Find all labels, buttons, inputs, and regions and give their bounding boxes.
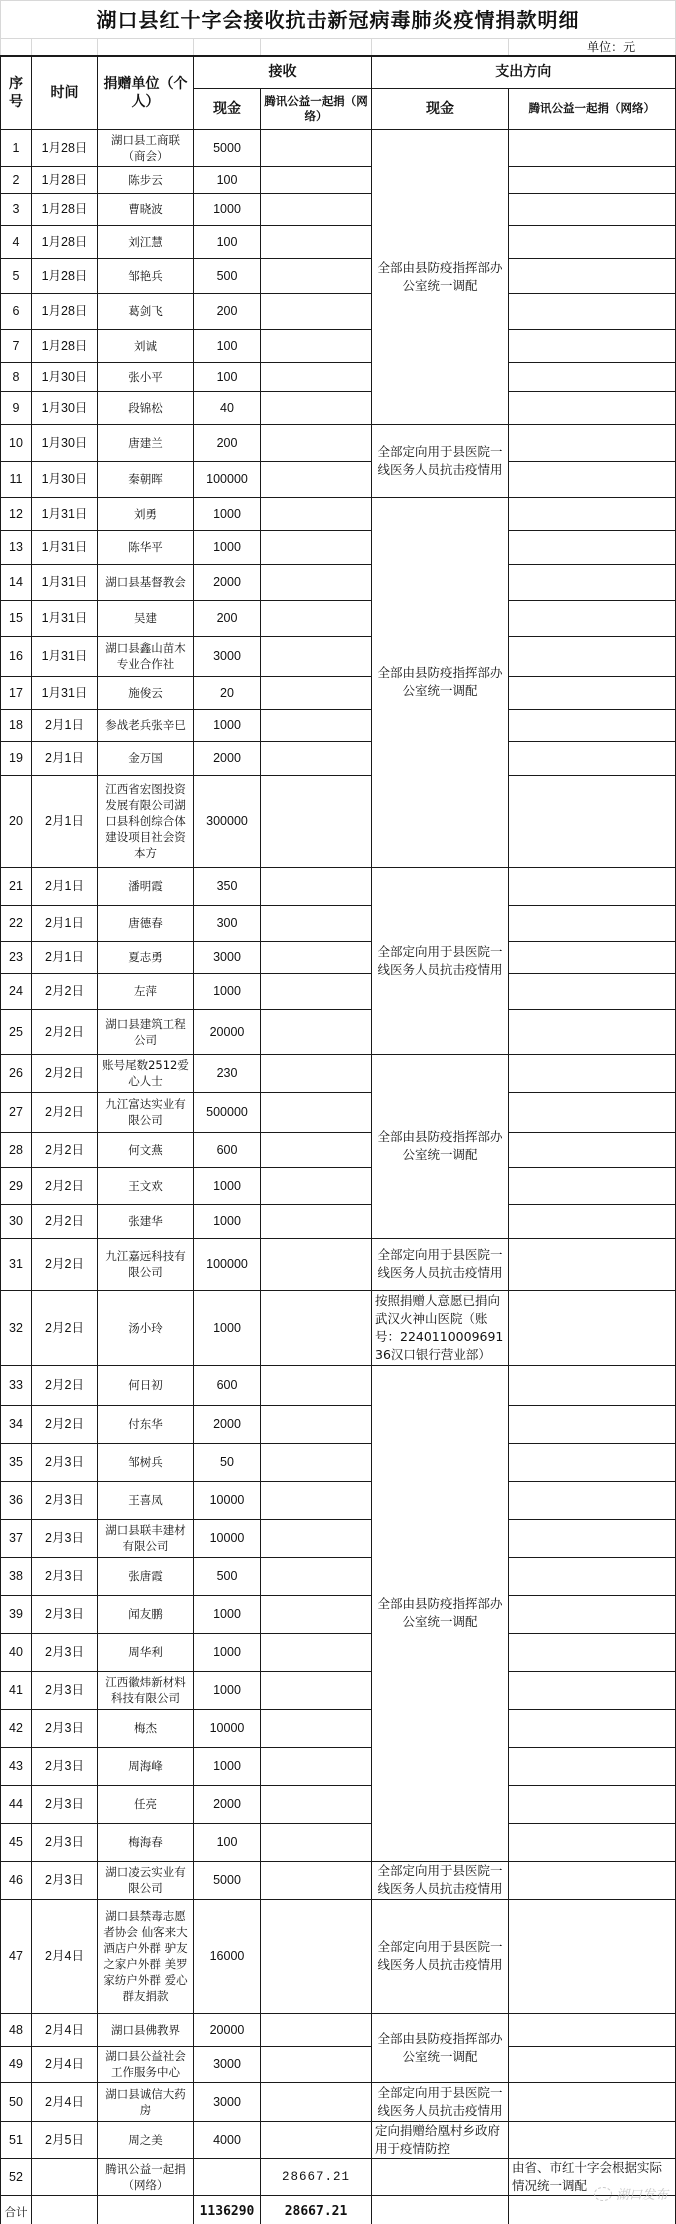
row-cash: 2000 xyxy=(194,741,261,775)
row-seq: 1 xyxy=(1,129,32,166)
spend-online-direction xyxy=(509,1747,676,1785)
row-time: 2月4日 xyxy=(32,1899,98,2013)
row-donor: 湖口县工商联（商会） xyxy=(98,129,194,166)
row-online xyxy=(261,461,372,497)
row-online xyxy=(261,973,372,1009)
spend-online-direction xyxy=(509,2013,676,2046)
row-donor: 曹晓波 xyxy=(98,193,194,225)
row-donor: 江西省宏图投资发展有限公司湖口县科创综合体建设项目社会资本方 xyxy=(98,775,194,867)
row-cash: 1000 xyxy=(194,709,261,741)
table-row: 71月28日刘诚100 xyxy=(1,329,676,362)
row-cash: 1000 xyxy=(194,1595,261,1633)
header-seq: 序号 xyxy=(1,56,32,129)
row-online xyxy=(261,1009,372,1054)
row-time: 2月3日 xyxy=(32,1785,98,1823)
table-row: 422月3日梅杰10000 xyxy=(1,1709,676,1747)
spend-online-direction xyxy=(509,905,676,941)
row-cash: 3000 xyxy=(194,636,261,676)
wechat-icon xyxy=(594,2187,612,2201)
row-cash: 16000 xyxy=(194,1899,261,2013)
row-donor: 付东华 xyxy=(98,1405,194,1443)
row-time: 1月28日 xyxy=(32,225,98,258)
table-row: 322月2日汤小玲1000按照捐赠人意愿已捐向武汉火神山医院（账号：224011… xyxy=(1,1290,676,1365)
row-seq: 50 xyxy=(1,2082,32,2121)
row-seq: 37 xyxy=(1,1519,32,1557)
row-online xyxy=(261,1405,372,1443)
row-cash: 1000 xyxy=(194,1633,261,1671)
spend-online-direction xyxy=(509,362,676,391)
row-seq: 6 xyxy=(1,293,32,329)
row-time: 1月28日 xyxy=(32,166,98,193)
row-online xyxy=(261,741,372,775)
spend-cash-direction: 全部定向用于县医院一线医务人员抗击疫情用 xyxy=(372,1238,509,1290)
row-online xyxy=(261,329,372,362)
row-online xyxy=(261,1861,372,1899)
row-time: 2月3日 xyxy=(32,1633,98,1671)
row-cash: 5000 xyxy=(194,129,261,166)
row-donor: 湖口县佛教界 xyxy=(98,2013,194,2046)
total-empty xyxy=(372,2195,509,2224)
row-online xyxy=(261,941,372,973)
table-row: 61月28日葛剑飞200 xyxy=(1,293,676,329)
row-time: 1月28日 xyxy=(32,193,98,225)
row-donor: 何日初 xyxy=(98,1365,194,1405)
row-online xyxy=(261,293,372,329)
page-title: 湖口县红十字会接收抗击新冠病毒肺炎疫情捐款明细 xyxy=(1,1,676,39)
row-donor: 王文欢 xyxy=(98,1167,194,1204)
row-seq: 46 xyxy=(1,1861,32,1899)
table-row: 121月31日刘勇1000全部由县防疫指挥部办公室统一调配 xyxy=(1,497,676,530)
row-cash: 100000 xyxy=(194,1238,261,1290)
header-receive-online: 腾讯公益一起捐（网络） xyxy=(261,88,372,129)
row-seq: 44 xyxy=(1,1785,32,1823)
row-time: 2月4日 xyxy=(32,2013,98,2046)
row-seq: 16 xyxy=(1,636,32,676)
row-online xyxy=(261,1365,372,1405)
row-seq: 2 xyxy=(1,166,32,193)
spend-online-direction xyxy=(509,193,676,225)
row-cash: 20 xyxy=(194,676,261,709)
row-donor: 梅海春 xyxy=(98,1823,194,1861)
row-online xyxy=(261,676,372,709)
table-row: 161月31日湖口县鑫山苗木专业合作社3000 xyxy=(1,636,676,676)
row-donor: 湖口县联丰建材有限公司 xyxy=(98,1519,194,1557)
spend-online-direction xyxy=(509,2121,676,2158)
row-seq: 49 xyxy=(1,2046,32,2082)
table-row: 432月3日周海峰1000 xyxy=(1,1747,676,1785)
spend-online-direction xyxy=(509,973,676,1009)
row-donor: 湖口凌云实业有限公司 xyxy=(98,1861,194,1899)
row-donor: 湖口县禁毒志愿者协会 仙客来大酒店户外群 驴友之家户外群 美罗家纺户外群 爱心群… xyxy=(98,1899,194,2013)
row-seq: 17 xyxy=(1,676,32,709)
spend-online-direction xyxy=(509,2082,676,2121)
spend-online-direction xyxy=(509,741,676,775)
table-row: 232月1日夏志勇3000 xyxy=(1,941,676,973)
row-donor: 九江嘉远科技有限公司 xyxy=(98,1238,194,1290)
row-seq: 35 xyxy=(1,1443,32,1481)
row-time: 1月28日 xyxy=(32,329,98,362)
row-cash: 300 xyxy=(194,905,261,941)
table-row: 41月28日刘江慧100 xyxy=(1,225,676,258)
table-row: 141月31日湖口县基督教会2000 xyxy=(1,564,676,600)
row-seq: 38 xyxy=(1,1557,32,1595)
spend-online-direction xyxy=(509,1785,676,1823)
row-seq: 39 xyxy=(1,1595,32,1633)
row-seq: 23 xyxy=(1,941,32,973)
spend-cash-direction: 全部由县防疫指挥部办公室统一调配 xyxy=(372,1054,509,1238)
spend-online-direction xyxy=(509,1054,676,1092)
row-seq: 13 xyxy=(1,530,32,564)
row-seq: 20 xyxy=(1,775,32,867)
row-online: 28667.21 xyxy=(261,2158,372,2195)
spend-cash-direction: 全部由县防疫指挥部办公室统一调配 xyxy=(372,1365,509,1861)
row-seq: 5 xyxy=(1,258,32,293)
row-cash: 100 xyxy=(194,329,261,362)
row-seq: 41 xyxy=(1,1671,32,1709)
table-row: 91月30日段锦松40 xyxy=(1,391,676,424)
row-cash: 1000 xyxy=(194,1290,261,1365)
table-row: 482月4日湖口县佛教界20000全部由县防疫指挥部办公室统一调配 xyxy=(1,2013,676,2046)
table-row: 472月4日湖口县禁毒志愿者协会 仙客来大酒店户外群 驴友之家户外群 美罗家纺户… xyxy=(1,1899,676,2013)
row-donor: 吴建 xyxy=(98,600,194,636)
row-online xyxy=(261,2082,372,2121)
row-cash: 200 xyxy=(194,424,261,461)
row-cash: 20000 xyxy=(194,2013,261,2046)
spend-online-direction xyxy=(509,1671,676,1709)
row-seq: 12 xyxy=(1,497,32,530)
row-seq: 48 xyxy=(1,2013,32,2046)
row-donor: 葛剑飞 xyxy=(98,293,194,329)
row-time: 1月28日 xyxy=(32,258,98,293)
row-online xyxy=(261,2121,372,2158)
row-seq: 29 xyxy=(1,1167,32,1204)
row-donor: 张小平 xyxy=(98,362,194,391)
spend-cash-direction: 按照捐赠人意愿已捐向武汉火神山医院（账号：224011000969136汉口银行… xyxy=(372,1290,509,1365)
row-seq: 26 xyxy=(1,1054,32,1092)
spend-online-direction xyxy=(509,709,676,741)
row-online xyxy=(261,424,372,461)
row-time: 1月31日 xyxy=(32,564,98,600)
row-online xyxy=(261,2046,372,2082)
row-time: 2月3日 xyxy=(32,1481,98,1519)
row-donor: 周海峰 xyxy=(98,1747,194,1785)
spend-online-direction xyxy=(509,391,676,424)
row-seq: 9 xyxy=(1,391,32,424)
row-cash: 10000 xyxy=(194,1519,261,1557)
spend-cash-direction: 全部定向用于县医院一线医务人员抗击疫情用 xyxy=(372,867,509,1054)
spend-online-direction xyxy=(509,329,676,362)
row-time: 1月31日 xyxy=(32,497,98,530)
table-row: 212月1日潘明霞350全部定向用于县医院一线医务人员抗击疫情用 xyxy=(1,867,676,905)
row-online xyxy=(261,497,372,530)
total-cash: 1136290 xyxy=(194,2195,261,2224)
row-cash: 1000 xyxy=(194,193,261,225)
row-time: 2月3日 xyxy=(32,1443,98,1481)
spend-cash-direction: 全部定向用于县医院一线医务人员抗击疫情用 xyxy=(372,424,509,497)
table-row: 332月2日何日初600全部由县防疫指挥部办公室统一调配 xyxy=(1,1365,676,1405)
row-seq: 32 xyxy=(1,1290,32,1365)
row-cash: 10000 xyxy=(194,1481,261,1519)
spend-online-direction xyxy=(509,129,676,166)
spend-cash-direction: 全部定向用于县医院一线医务人员抗击疫情用 xyxy=(372,1899,509,2013)
row-donor: 王喜凤 xyxy=(98,1481,194,1519)
row-online xyxy=(261,1167,372,1204)
table-row: 512月5日周之美4000定向捐赠给凰村乡政府用于疫情防控 xyxy=(1,2121,676,2158)
row-time: 1月30日 xyxy=(32,391,98,424)
spend-online-direction xyxy=(509,676,676,709)
row-time: 2月3日 xyxy=(32,1557,98,1595)
row-time: 2月1日 xyxy=(32,709,98,741)
row-time: 1月30日 xyxy=(32,461,98,497)
row-donor: 段锦松 xyxy=(98,391,194,424)
total-label: 合计 xyxy=(1,2195,32,2224)
row-time: 2月1日 xyxy=(32,867,98,905)
row-donor: 施俊云 xyxy=(98,676,194,709)
row-seq: 40 xyxy=(1,1633,32,1671)
row-online xyxy=(261,225,372,258)
row-time: 1月30日 xyxy=(32,424,98,461)
total-row: 合计113629028667.21 xyxy=(1,2195,676,2224)
row-time: 2月2日 xyxy=(32,973,98,1009)
table-row: 192月1日金万国2000 xyxy=(1,741,676,775)
row-time: 2月2日 xyxy=(32,1238,98,1290)
row-seq: 7 xyxy=(1,329,32,362)
row-online xyxy=(261,1785,372,1823)
row-cash: 3000 xyxy=(194,2046,261,2082)
row-time: 2月2日 xyxy=(32,1405,98,1443)
spend-online-direction xyxy=(509,1167,676,1204)
row-donor: 九江富达实业有限公司 xyxy=(98,1092,194,1132)
spend-cash-direction: 定向捐赠给凰村乡政府用于疫情防控 xyxy=(372,2121,509,2158)
row-time: 1月31日 xyxy=(32,676,98,709)
row-seq: 22 xyxy=(1,905,32,941)
row-time: 1月28日 xyxy=(32,129,98,166)
table-row: 171月31日施俊云20 xyxy=(1,676,676,709)
table-row: 51月28日邹艳兵500 xyxy=(1,258,676,293)
spend-cash-direction: 全部由县防疫指挥部办公室统一调配 xyxy=(372,129,509,424)
table-row: 252月2日湖口县建筑工程公司20000 xyxy=(1,1009,676,1054)
table-row: 11月28日湖口县工商联（商会）5000全部由县防疫指挥部办公室统一调配 xyxy=(1,129,676,166)
spend-online-direction xyxy=(509,1899,676,2013)
row-online xyxy=(261,1633,372,1671)
row-donor: 账号尾数2512爱心人士 xyxy=(98,1054,194,1092)
table-row: 452月3日梅海春100 xyxy=(1,1823,676,1861)
row-online xyxy=(261,600,372,636)
row-cash: 40 xyxy=(194,391,261,424)
row-online xyxy=(261,1899,372,2013)
row-online xyxy=(261,1747,372,1785)
spend-cash-direction: 全部定向用于县医院一线医务人员抗击疫情用 xyxy=(372,2082,509,2121)
table-row: 151月31日吴建200 xyxy=(1,600,676,636)
row-donor: 湖口县鑫山苗木专业合作社 xyxy=(98,636,194,676)
row-cash: 2000 xyxy=(194,1785,261,1823)
row-seq: 15 xyxy=(1,600,32,636)
spend-online-direction xyxy=(509,2046,676,2082)
row-time: 2月1日 xyxy=(32,775,98,867)
row-donor: 张唐霞 xyxy=(98,1557,194,1595)
spend-online-direction xyxy=(509,461,676,497)
table-row: 242月2日左萍1000 xyxy=(1,973,676,1009)
row-donor: 湖口县诚信大药房 xyxy=(98,2082,194,2121)
row-donor: 金万国 xyxy=(98,741,194,775)
row-donor: 刘江慧 xyxy=(98,225,194,258)
spend-online-direction xyxy=(509,1092,676,1132)
spend-online-direction xyxy=(509,867,676,905)
row-time: 2月3日 xyxy=(32,1519,98,1557)
table-row: 131月31日陈华平1000 xyxy=(1,530,676,564)
row-online xyxy=(261,166,372,193)
row-time: 2月3日 xyxy=(32,1861,98,1899)
row-cash xyxy=(194,2158,261,2195)
spend-online-direction xyxy=(509,1481,676,1519)
watermark: 湖口发布 xyxy=(594,2184,668,2203)
spend-online-direction xyxy=(509,1132,676,1167)
row-donor: 周之美 xyxy=(98,2121,194,2158)
row-seq: 30 xyxy=(1,1204,32,1238)
row-cash: 1000 xyxy=(194,973,261,1009)
row-cash: 50 xyxy=(194,1443,261,1481)
table-row: 462月3日湖口凌云实业有限公司5000全部定向用于县医院一线医务人员抗击疫情用 xyxy=(1,1861,676,1899)
unit-label: 单位：元 xyxy=(509,39,676,57)
spend-online-direction xyxy=(509,775,676,867)
spend-cash-direction: 全部由县防疫指挥部办公室统一调配 xyxy=(372,497,509,867)
spend-online-direction xyxy=(509,1238,676,1290)
row-online xyxy=(261,636,372,676)
row-online xyxy=(261,1671,372,1709)
total-online: 28667.21 xyxy=(261,2195,372,2224)
row-online xyxy=(261,1132,372,1167)
table-row: 111月30日秦朝晖100000 xyxy=(1,461,676,497)
table-row: 502月4日湖口县诚信大药房3000全部定向用于县医院一线医务人员抗击疫情用 xyxy=(1,2082,676,2121)
row-donor: 湖口县建筑工程公司 xyxy=(98,1009,194,1054)
spend-cash-direction xyxy=(372,2158,509,2195)
row-donor: 唐建兰 xyxy=(98,424,194,461)
row-seq: 42 xyxy=(1,1709,32,1747)
table-row: 52腾讯公益一起捐（网络）28667.21由省、市红十字会根据实际情况统一调配 xyxy=(1,2158,676,2195)
spend-online-direction xyxy=(509,1557,676,1595)
row-donor: 江西徽炜新材料科技有限公司 xyxy=(98,1671,194,1709)
table-row: 372月3日湖口县联丰建材有限公司10000 xyxy=(1,1519,676,1557)
row-cash: 300000 xyxy=(194,775,261,867)
row-time: 2月4日 xyxy=(32,2082,98,2121)
row-time xyxy=(32,2158,98,2195)
row-donor: 唐德春 xyxy=(98,905,194,941)
row-donor: 周华利 xyxy=(98,1633,194,1671)
row-seq: 25 xyxy=(1,1009,32,1054)
table-row: 342月2日付东华2000 xyxy=(1,1405,676,1443)
table-row: 302月2日张建华1000 xyxy=(1,1204,676,1238)
header-receive-cash: 现金 xyxy=(194,88,261,129)
row-cash: 4000 xyxy=(194,2121,261,2158)
spend-online-direction xyxy=(509,225,676,258)
total-empty xyxy=(32,2195,98,2224)
header-spend-online: 腾讯公益一起捐（网络） xyxy=(509,88,676,129)
row-seq: 19 xyxy=(1,741,32,775)
header-spend: 支出方向 xyxy=(372,56,676,88)
total-empty xyxy=(98,2195,194,2224)
spend-online-direction xyxy=(509,1633,676,1671)
spend-online-direction xyxy=(509,941,676,973)
row-cash: 1000 xyxy=(194,1204,261,1238)
spend-cash-direction: 全部由县防疫指挥部办公室统一调配 xyxy=(372,2013,509,2082)
row-time: 2月4日 xyxy=(32,2046,98,2082)
row-online xyxy=(261,775,372,867)
row-time: 1月28日 xyxy=(32,293,98,329)
row-seq: 36 xyxy=(1,1481,32,1519)
row-cash: 1000 xyxy=(194,1671,261,1709)
row-cash: 500 xyxy=(194,1557,261,1595)
header-spend-cash: 现金 xyxy=(372,88,509,129)
row-online xyxy=(261,2013,372,2046)
row-cash: 5000 xyxy=(194,1861,261,1899)
row-online xyxy=(261,564,372,600)
row-seq: 51 xyxy=(1,2121,32,2158)
spend-online-direction xyxy=(509,1709,676,1747)
table-row: 362月3日王喜凤10000 xyxy=(1,1481,676,1519)
row-seq: 14 xyxy=(1,564,32,600)
row-cash: 500000 xyxy=(194,1092,261,1132)
row-time: 2月2日 xyxy=(32,1054,98,1092)
row-seq: 8 xyxy=(1,362,32,391)
row-donor: 潘明霞 xyxy=(98,867,194,905)
row-cash: 230 xyxy=(194,1054,261,1092)
row-seq: 21 xyxy=(1,867,32,905)
row-donor: 汤小玲 xyxy=(98,1290,194,1365)
row-donor: 刘诚 xyxy=(98,329,194,362)
row-time: 2月3日 xyxy=(32,1709,98,1747)
spend-online-direction xyxy=(509,497,676,530)
row-donor: 陈华平 xyxy=(98,530,194,564)
spend-online-direction xyxy=(509,1290,676,1365)
row-donor: 邹艳兵 xyxy=(98,258,194,293)
spend-online-direction xyxy=(509,636,676,676)
table-row: 412月3日江西徽炜新材料科技有限公司1000 xyxy=(1,1671,676,1709)
row-seq: 33 xyxy=(1,1365,32,1405)
row-cash: 100 xyxy=(194,225,261,258)
row-donor: 任亮 xyxy=(98,1785,194,1823)
row-donor: 陈步云 xyxy=(98,166,194,193)
spend-online-direction xyxy=(509,1595,676,1633)
table-row: 21月28日陈步云100 xyxy=(1,166,676,193)
row-online xyxy=(261,1823,372,1861)
row-online xyxy=(261,1204,372,1238)
header-donor: 捐赠单位（个人） xyxy=(98,56,194,129)
row-seq: 24 xyxy=(1,973,32,1009)
donation-table: 湖口县红十字会接收抗击新冠病毒肺炎疫情捐款明细 单位：元 序号 时间 捐赠单位（… xyxy=(0,0,676,2224)
row-cash: 200 xyxy=(194,293,261,329)
row-seq: 43 xyxy=(1,1747,32,1785)
row-online xyxy=(261,1054,372,1092)
row-cash: 1000 xyxy=(194,530,261,564)
row-time: 2月3日 xyxy=(32,1747,98,1785)
row-seq: 31 xyxy=(1,1238,32,1290)
row-cash: 1000 xyxy=(194,1747,261,1785)
spend-online-direction xyxy=(509,1823,676,1861)
row-cash: 200 xyxy=(194,600,261,636)
row-seq: 18 xyxy=(1,709,32,741)
row-online xyxy=(261,1092,372,1132)
table-row: 101月30日唐建兰200全部定向用于县医院一线医务人员抗击疫情用 xyxy=(1,424,676,461)
row-cash: 100 xyxy=(194,1823,261,1861)
row-online xyxy=(261,1595,372,1633)
table-row: 442月3日任亮2000 xyxy=(1,1785,676,1823)
spend-online-direction xyxy=(509,166,676,193)
header-receive: 接收 xyxy=(194,56,372,88)
row-donor: 梅杰 xyxy=(98,1709,194,1747)
table-row: 382月3日张唐霞500 xyxy=(1,1557,676,1595)
row-seq: 52 xyxy=(1,2158,32,2195)
row-seq: 3 xyxy=(1,193,32,225)
